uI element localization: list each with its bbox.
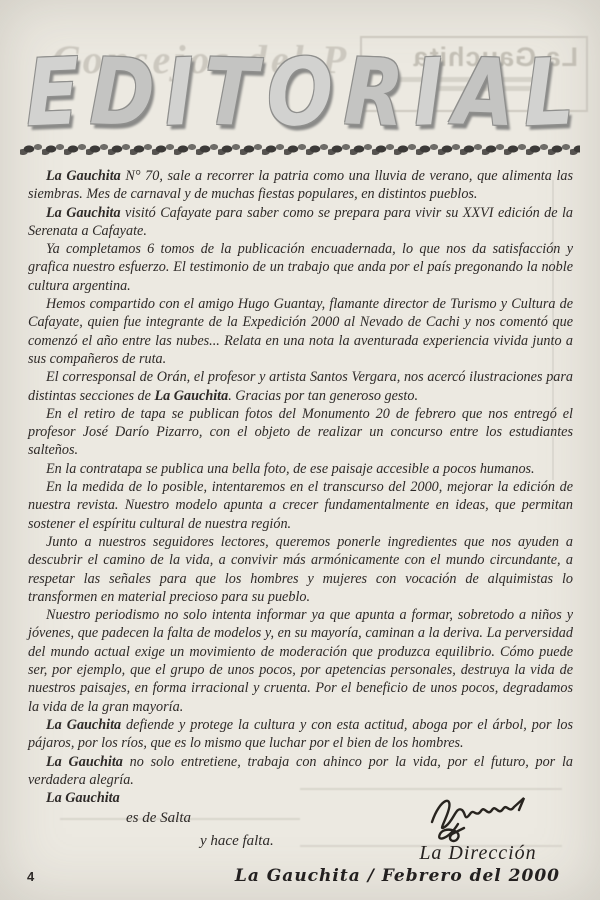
- editorial-paragraph: La Gauchita defiende y protege la cultur…: [28, 716, 573, 753]
- title-letter: D: [88, 45, 155, 146]
- editorial-paragraph: En la medida de lo posible, intentaremos…: [28, 478, 573, 533]
- editorial-paragraph: Nuestro periodismo no solo intenta infor…: [28, 606, 573, 716]
- signoff-label: La Dirección: [418, 842, 538, 865]
- title-letter: O: [266, 45, 335, 147]
- ornamental-divider: [20, 142, 580, 156]
- page-number: 4: [27, 869, 34, 884]
- title-letter: L: [523, 45, 576, 146]
- editorial-paragraph: La Gauchita visitó Cafayate para saber c…: [28, 204, 573, 241]
- editorial-paragraph: Junto a nuestros seguidores lectores, qu…: [28, 533, 573, 606]
- title-letter: T: [203, 46, 258, 147]
- signature-block: La Dirección: [418, 788, 538, 865]
- footer-title-date: La Gauchita / Febrero del 2000: [235, 866, 560, 886]
- page-title: EDITORIAL: [26, 54, 574, 138]
- editorial-paragraph: Ya completamos 6 tomos de la publicación…: [28, 240, 573, 295]
- editorial-paragraph: El corresponsal de Orán, el profesor y a…: [28, 368, 573, 405]
- magazine-page: Consejos del P La Gauchita EDITORIAL La …: [0, 0, 600, 900]
- title-letter: I: [413, 46, 445, 146]
- title-letter: I: [163, 46, 195, 146]
- title-letter: A: [452, 46, 515, 147]
- page-footer: 4 La Gauchita / Febrero del 2000: [0, 866, 600, 886]
- title-letter: R: [343, 46, 405, 147]
- signature-icon: [418, 788, 538, 846]
- editorial-paragraph: En la contratapa se publica una bella fo…: [28, 460, 573, 478]
- title-letter: E: [25, 45, 81, 146]
- editorial-paragraph: La Gauchita N° 70, sale a recorrer la pa…: [28, 167, 573, 204]
- editorial-paragraph: La Gauchita no solo entretiene, trabaja …: [28, 753, 573, 790]
- editorial-body: La Gauchita N° 70, sale a recorrer la pa…: [28, 167, 573, 807]
- editorial-paragraph: Hemos compartido con el amigo Hugo Guant…: [28, 295, 573, 368]
- editorial-paragraph: En el retiro de tapa se publican fotos d…: [28, 405, 573, 460]
